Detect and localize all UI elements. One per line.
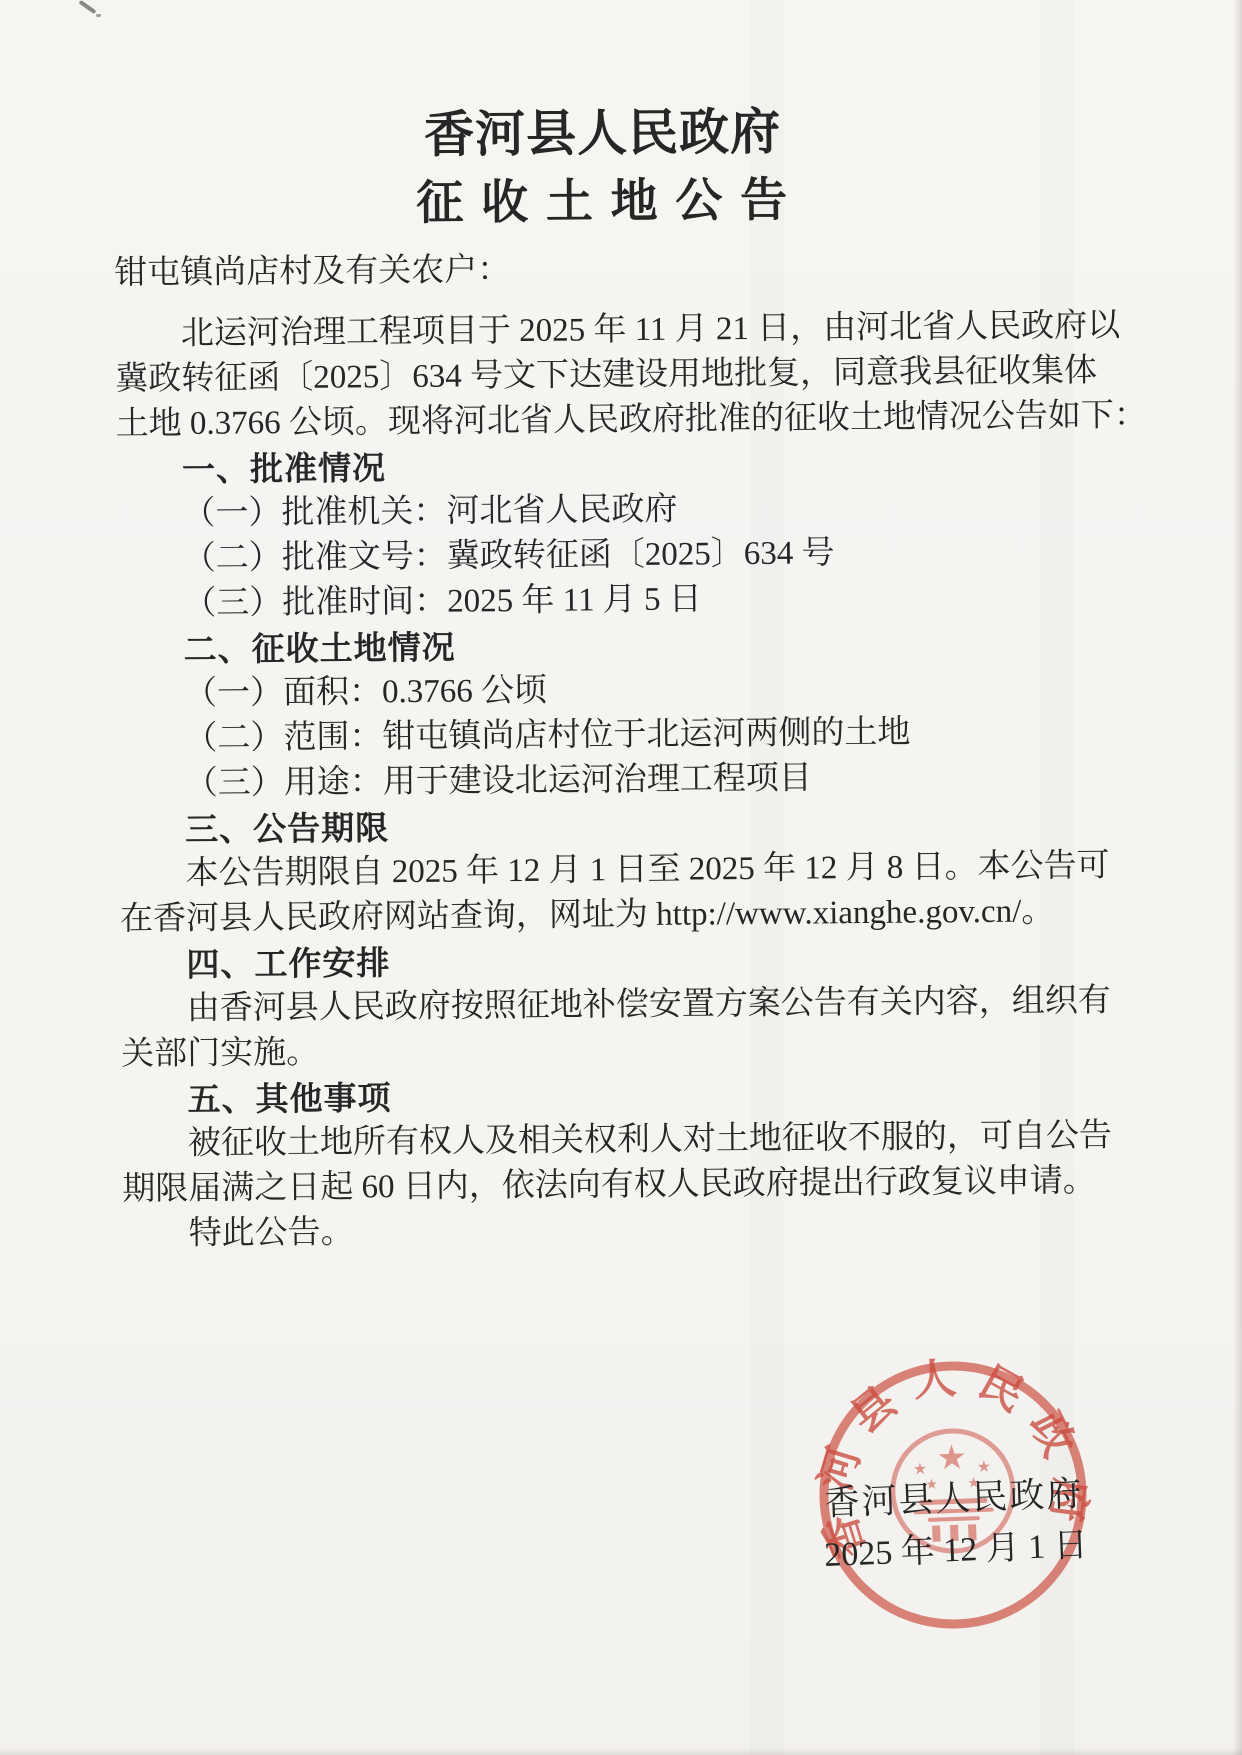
document-title: 香河县人民政府 bbox=[113, 99, 1092, 168]
document-content: 香河县人民政府 征 收 土 地 公 告 钳屯镇尚店村及有关农户： 北运河治理工程… bbox=[0, 0, 1242, 1258]
salutation: 钳屯镇尚店村及有关农户： bbox=[114, 243, 1093, 297]
document-page: 香河县人民政府 征 收 土 地 公 告 钳屯镇尚店村及有关农户： 北运河治理工程… bbox=[0, 0, 1242, 1755]
intro-line-3: 土地 0.3766 公顷。现将河北省人民政府批准的征收土地情况公告如下： bbox=[115, 394, 1094, 448]
document-subtitle: 征 收 土 地 公 告 bbox=[114, 169, 1093, 236]
scan-edge-shadow bbox=[1233, 0, 1242, 1755]
scan-edge-shadow bbox=[0, 1748, 1242, 1755]
document-body: 钳屯镇尚店村及有关农户： 北运河治理工程项目于 2025 年 11 月 21 日… bbox=[114, 243, 1102, 1258]
section-4-line-1: 由香河县人民政府按照征地补偿安置方案公告有关内容，组织有 bbox=[121, 979, 1100, 1033]
section-5-line-2: 期限届满之日起 60 日内，依法向有权人民政府提出行政复议申请。 bbox=[122, 1159, 1101, 1213]
signature-block: 香河县人民政府 2025 年 12 月 1 日 bbox=[778, 1466, 1132, 1583]
scan-speck-artifact bbox=[96, 14, 101, 17]
section-3-line-2: 在香河县人民政府网站查询，网址为 http://www.xianghe.gov.… bbox=[120, 889, 1099, 943]
closing-line: 特此公告。 bbox=[123, 1204, 1102, 1258]
